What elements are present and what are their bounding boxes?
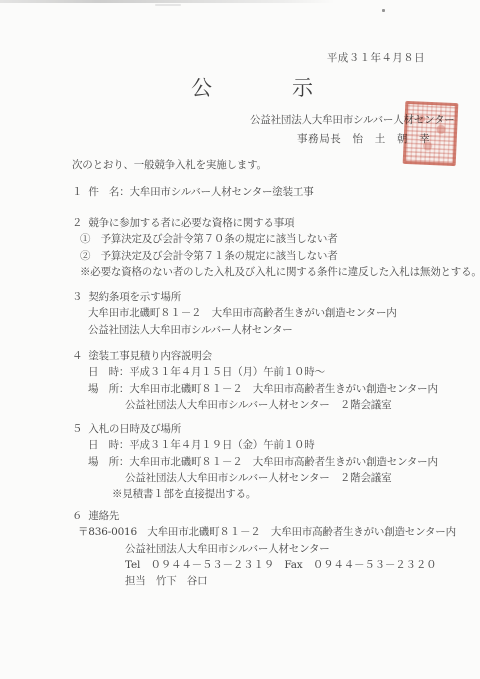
section-heading: 件 名：大牟田市シルバー人材センター塗装工事: [88, 186, 313, 198]
qualification-item-1: ① 予算決定及び会計令第７０条の規定に該当しない者: [80, 231, 480, 247]
organization-line: 公益社団法人大牟田市シルバー人材センター: [88, 322, 397, 338]
intro-sentence: 次のとおり、一般競争入札を実施します。: [72, 157, 267, 173]
section-number: ５: [72, 423, 82, 435]
place-line-2: 公益社団法人大牟田市シルバー人材センター ２階会議室: [125, 470, 438, 486]
document-date: 平成３１年４月８日: [327, 50, 425, 66]
tel-fax-line: Tel ０９４４－５３－２３１９ Fax ０９４４－５３－２３２０: [125, 557, 456, 573]
title-char-right: 示: [292, 76, 313, 100]
section-heading: 競争に参加する者に必要な資格に関する事項: [88, 217, 294, 229]
qualification-note: ※必要な資格のない者のした入札及び入札に関する条件に違反した入札は無効とする。: [80, 264, 480, 280]
place-line: 場 所：大牟田市北磯町８１－２ 大牟田市高齢者生きがい創造センター内: [88, 454, 438, 470]
scan-artifact-top-edge: [0, 0, 335, 3]
section-heading: 塗装工事見積り内容説明会: [88, 350, 212, 362]
notice-title: 公 示: [0, 76, 480, 100]
organization-line: 公益社団法人大牟田市シルバー人材センター: [125, 541, 456, 557]
submission-note: ※見積書１部を直接提出する。: [112, 486, 438, 502]
datetime-line: 日 時：平成３１年４月１５日（月）午前１０時～: [88, 364, 438, 380]
section-heading: 契約条項を示す場所: [88, 291, 181, 303]
section-heading: 入札の日時及び場所: [88, 423, 181, 435]
section-heading: 連絡先: [88, 510, 119, 522]
section-1-subject: １件 名：大牟田市シルバー人材センター塗装工事: [72, 184, 314, 200]
section-5-bid-datetime-place: ５入札の日時及び場所 日 時：平成３１年４月１９日（金）午前１０時 場 所：大牟…: [72, 421, 438, 502]
section-number: ２: [72, 217, 82, 229]
section-number: ４: [72, 350, 82, 362]
place-line: 場 所：大牟田市北磯町８１－２ 大牟田市高齢者生きがい創造センター内: [88, 381, 438, 397]
section-number: １: [72, 186, 82, 198]
section-4-briefing-session: ４塗装工事見積り内容説明会 日 時：平成３１年４月１５日（月）午前１０時～ 場 …: [72, 348, 438, 413]
postal-address-line: 〒836-0016 大牟田市北磯町８１－２ 大牟田市高齢者生きがい創造センター内: [78, 524, 456, 540]
section-3-contract-location: ３契約条項を示す場所 大牟田市北磯町８１－２ 大牟田市高齢者生きがい創造センター…: [72, 289, 397, 338]
section-2-qualifications: ２競争に参加する者に必要な資格に関する事項 ① 予算決定及び会計令第７０条の規定…: [72, 215, 480, 280]
datetime-line: 日 時：平成３１年４月１９日（金）午前１０時: [88, 437, 438, 453]
scanned-notice-document: 平成３１年４月８日 公 示 公益社団法人大牟田市シルバー人材センター 事務局長 …: [0, 0, 480, 679]
scan-artifact-speck: [382, 9, 385, 12]
section-number: ３: [72, 291, 82, 303]
official-seal-stamp: [403, 101, 459, 166]
title-char-left: 公: [191, 76, 212, 100]
place-line-2: 公益社団法人大牟田市シルバー人材センター ２階会議室: [125, 397, 438, 413]
contact-person-line: 担当 竹下 谷口: [125, 573, 456, 589]
qualification-item-2: ② 予算決定及び会計令第７１条の規定に該当しない者: [80, 248, 480, 264]
address-line: 大牟田市北磯町８１－２ 大牟田市高齢者生きがい創造センター内: [88, 305, 397, 321]
section-6-contact: ６連絡先 〒836-0016 大牟田市北磯町８１－２ 大牟田市高齢者生きがい創造…: [72, 508, 456, 589]
scan-artifact-smudge: [155, 4, 181, 6]
section-number: ６: [72, 510, 82, 522]
